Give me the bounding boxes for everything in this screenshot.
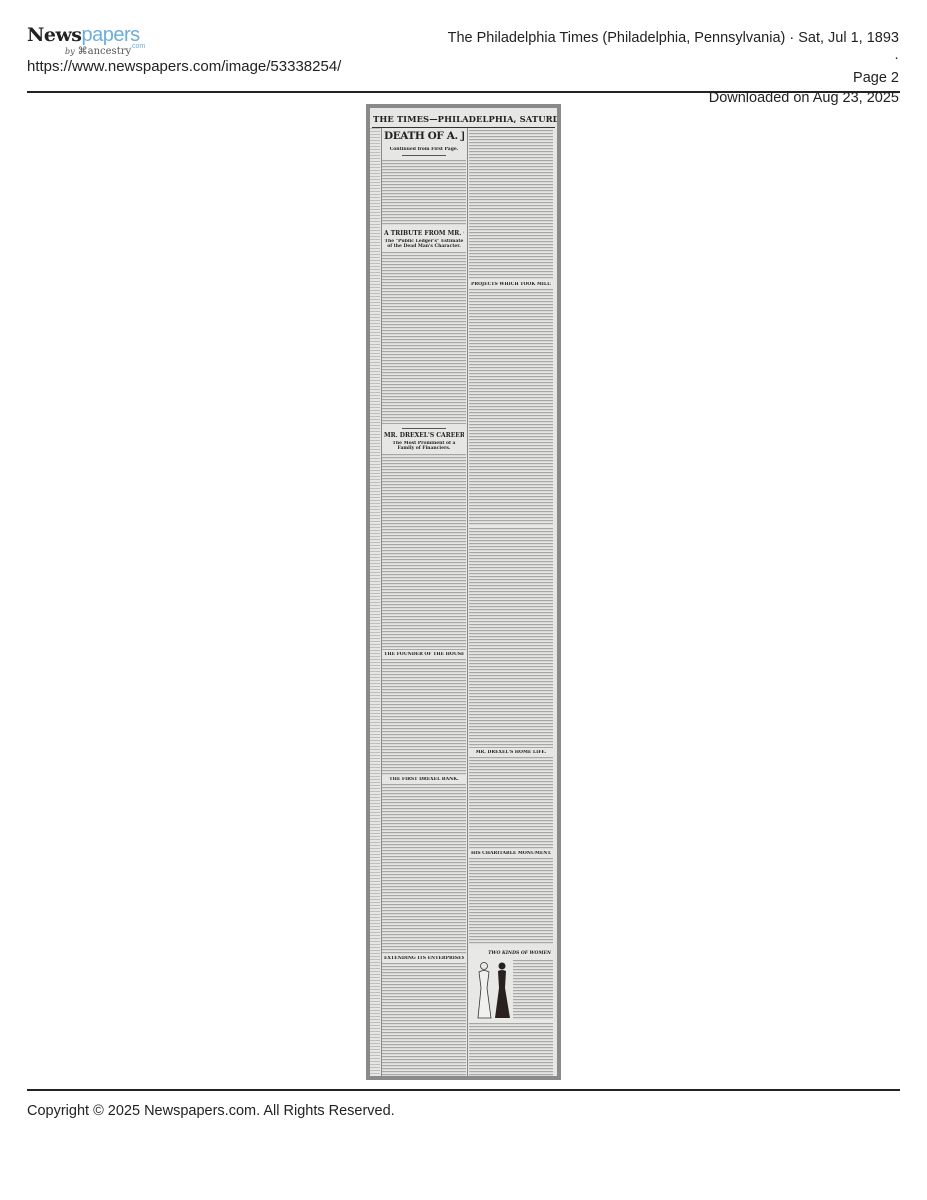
separator — [402, 428, 446, 429]
section-heading-millions: PROJECTS WHICH TOOK MILLIONS. — [471, 282, 551, 287]
article-text — [382, 160, 466, 226]
section-heading-charity: HIS CHARITABLE MONUMENT. — [471, 851, 551, 856]
logo-wordmark: Newspapers — [27, 24, 140, 47]
header-divider — [27, 91, 900, 93]
woman-figure-dark-icon — [493, 960, 511, 1020]
logo-ancestry: by⌘ancestry — [65, 46, 131, 57]
section-heading-career: MR. DREXEL'S CAREER — [384, 432, 464, 439]
article-text — [469, 757, 553, 849]
article-text — [382, 252, 466, 424]
logo-suffix: .com — [130, 43, 145, 50]
newspaper-clipping: THE TIMES—PHILADELPHIA, SATURDAY DEATH O… — [366, 104, 561, 1080]
article-continued: Continued from First Page. — [384, 147, 464, 152]
article-column-1: DEATH OF A. J. DREXEL Continued from Fir… — [382, 128, 466, 1076]
separator — [402, 155, 446, 156]
image-url[interactable]: https://www.newspapers.com/image/5333825… — [27, 58, 341, 75]
woman-figure-light-icon — [475, 960, 493, 1020]
section-heading-founder: THE FOUNDER OF THE HOUSE. — [384, 652, 464, 657]
newspapers-logo[interactable]: Newspapers .com by⌘ancestry — [27, 24, 147, 60]
article-text — [469, 289, 553, 525]
citation: The Philadelphia Times (Philadelphia, Pe… — [439, 28, 899, 108]
clipping-page: THE TIMES—PHILADELPHIA, SATURDAY DEATH O… — [370, 108, 557, 1076]
article-text — [382, 659, 466, 775]
citation-page: Page 2 — [439, 68, 899, 88]
article-text — [469, 528, 553, 748]
section-heading-first-bank: THE FIRST DREXEL BANK. — [384, 777, 464, 782]
citation-source: The Philadelphia Times (Philadelphia, Pe… — [439, 28, 899, 68]
masthead: THE TIMES—PHILADELPHIA, SATURDAY — [373, 114, 554, 124]
section-heading-tribute: A TRIBUTE FROM MR. CHILDS — [384, 230, 464, 237]
tribute-subheading: The "Public Ledger's" Estimate of the De… — [384, 239, 464, 249]
section-heading-home-life: MR. DREXEL'S HOME LIFE. — [471, 750, 551, 755]
article-text — [382, 963, 466, 1076]
article-text — [469, 858, 553, 944]
adjacent-column-fragment — [370, 128, 380, 1076]
advertisement: TWO KINDS OF WOMEN — [469, 948, 553, 1076]
ancestry-leaf-icon: ⌘ — [78, 46, 88, 57]
footer-divider — [27, 1089, 900, 1091]
ad-text — [513, 960, 553, 1020]
section-heading-enterprises: EXTENDING ITS ENTERPRISES. — [384, 956, 464, 961]
article-text — [382, 454, 466, 650]
page-header: Newspapers .com by⌘ancestry https://www.… — [0, 0, 927, 95]
ad-title: TWO KINDS OF WOMEN — [488, 951, 551, 956]
article-text — [382, 784, 466, 954]
column-rule — [467, 128, 468, 1076]
copyright-notice: Copyright © 2025 Newspapers.com. All Rig… — [27, 1103, 395, 1119]
article-text — [469, 130, 553, 280]
ad-text — [469, 1023, 553, 1076]
career-subheading: The Most Prominent of a Family of Financ… — [384, 441, 464, 451]
article-headline: DEATH OF A. J. DREXEL — [384, 130, 464, 142]
article-column-2: PROJECTS WHICH TOOK MILLIONS. MR. DREXEL… — [469, 128, 553, 1076]
